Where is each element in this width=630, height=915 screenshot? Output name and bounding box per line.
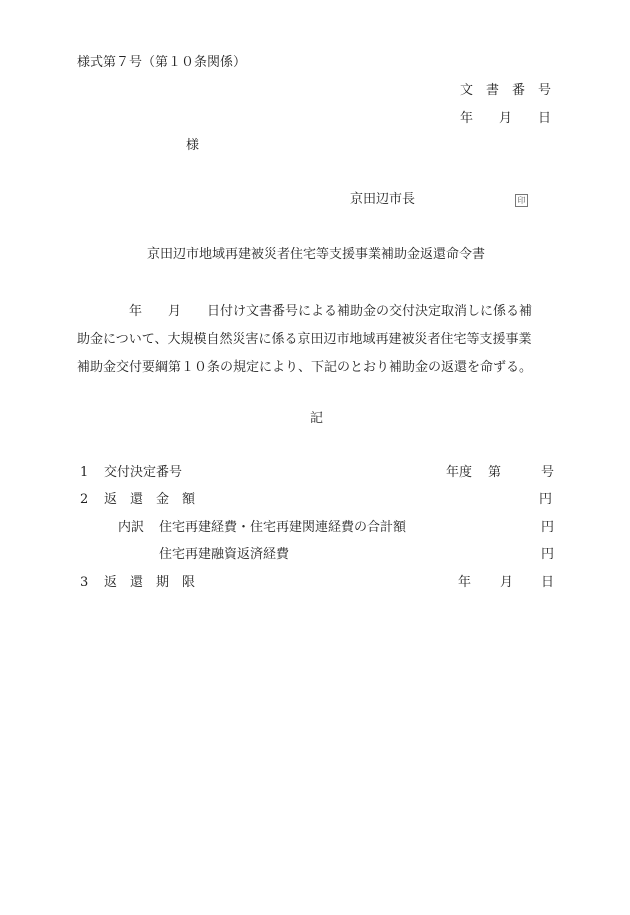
document-number-label: 文 書 番 号 [460,83,551,99]
form-number-label: 様式第７号（第１０条関係） [77,55,246,71]
item-label-housing-rebuild-total: 住宅再建経費・住宅再建関連経費の合計額 [159,520,406,536]
body-line: 年 月 日付け文書番号による補助金の交付決定取消しに係る補 [77,298,555,326]
body-line: 補助金交付要綱第１０条の規定により、下記のとおり補助金の返還を命ずる。 [77,354,555,382]
item-label-grant-decision-number: 交付決定番号 [104,465,182,481]
item-value-day: 日 [541,575,554,591]
item-number: 1 [80,465,88,481]
body-line: 助金について、大規模自然災害に係る京田辺市地域再建被災者住宅等支援事業 [77,326,555,354]
item-sub-label-breakdown: 内訳 [118,520,144,536]
item-label-return-amount: 返 還 金 額 [104,492,195,508]
item-label-return-deadline: 返 還 期 限 [104,575,195,591]
item-number: 3 [80,575,88,591]
item-value-year: 年 [458,575,471,591]
seal-icon: 印 [515,194,528,207]
issue-date-label: 年 月 日 [460,111,551,127]
item-label-loan-repayment: 住宅再建融資返済経費 [159,547,289,563]
issuer-name: 京田辺市長 [350,192,415,208]
item-value-fiscal-year: 年度 [446,465,472,481]
item-value-yen: 円 [541,520,554,536]
ki-heading: 記 [310,411,323,427]
item-value-dai: 第 [488,465,501,481]
addressee-suffix: 様 [186,138,199,154]
body-paragraph: 年 月 日付け文書番号による補助金の交付決定取消しに係る補 助金について、大規模… [77,298,555,382]
item-value-month: 月 [500,575,513,591]
item-number: 2 [80,492,88,508]
item-value-yen: 円 [541,547,554,563]
document-title: 京田辺市地域再建被災者住宅等支援事業補助金返還命令書 [147,247,485,263]
item-value-go: 号 [541,465,554,481]
item-value-yen: 円 [539,492,552,508]
